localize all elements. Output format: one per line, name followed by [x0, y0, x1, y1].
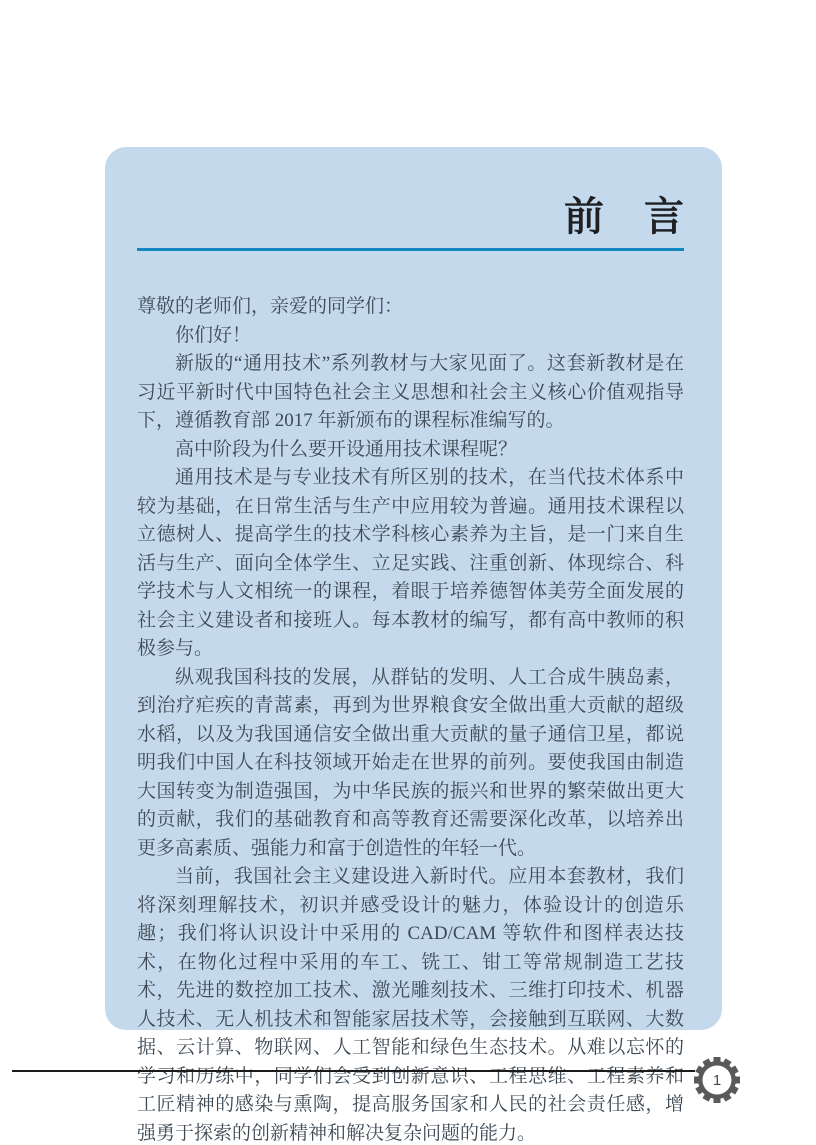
paragraph: 当前，我国社会主义建设进入新时代。应用本套教材，我们将深刻理解技术，初识并感受设… [137, 863, 684, 1145]
page-number: 1 [713, 1072, 721, 1089]
title-divider [137, 248, 684, 251]
paragraph: 新版的“通用技术”系列教材与大家见面了。这套新教材是在习近平新时代中国特色社会主… [137, 350, 684, 436]
paragraph: 通用技术是与专业技术有所区别的技术，在当代技术体系中较为基础，在日常生活与生产中… [137, 464, 684, 664]
paragraph: 你们好！ [137, 322, 684, 351]
gear-icon: 1 [692, 1055, 742, 1105]
page-title: 前 言 [564, 195, 684, 239]
preface-content: 尊敬的老师们，亲爱的同学们： 你们好！ 新版的“通用技术”系列教材与大家见面了。… [137, 293, 684, 1145]
paragraph: 纵观我国科技的发展，从群钻的发明、人工合成牛胰岛素，到治疗疟疾的青蒿素，再到为世… [137, 664, 684, 864]
paragraph: 高中阶段为什么要开设通用技术课程呢？ [137, 436, 684, 465]
paragraph: 尊敬的老师们，亲爱的同学们： [137, 293, 684, 322]
preface-card: 前 言 尊敬的老师们，亲爱的同学们： 你们好！ 新版的“通用技术”系列教材与大家… [105, 147, 722, 1030]
footer-divider [12, 1070, 695, 1072]
